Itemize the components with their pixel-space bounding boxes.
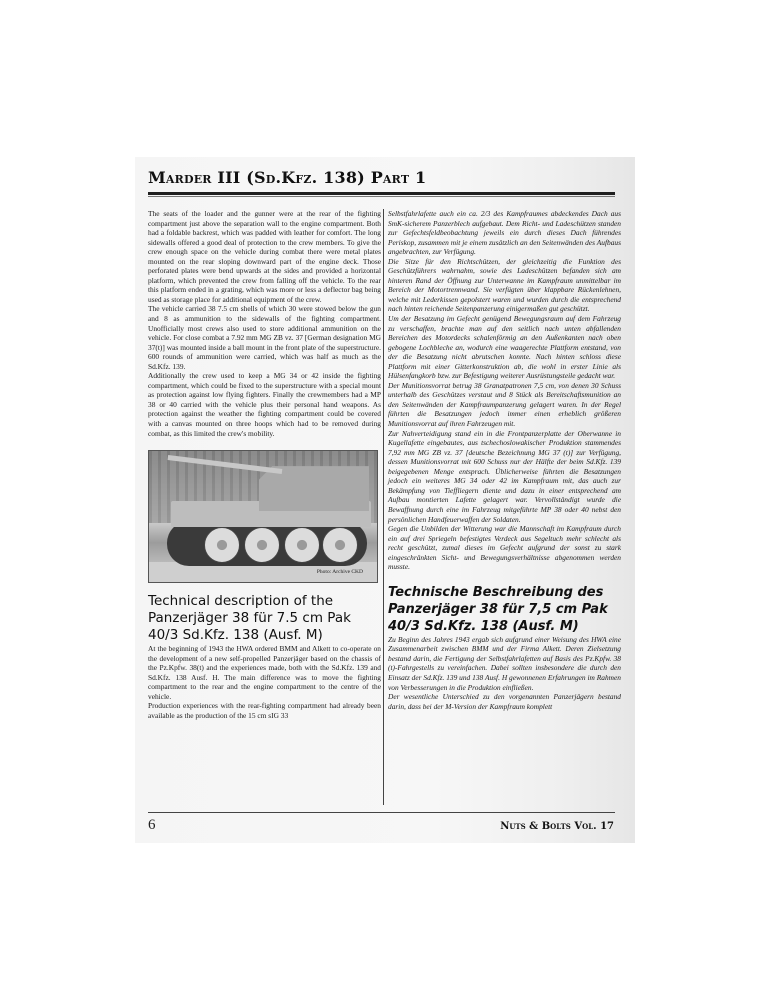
english-column: The seats of the loader and the gunner w… <box>148 209 381 721</box>
photo-road-wheel <box>204 527 240 563</box>
paragraph: The seats of the loader and the gunner w… <box>148 209 381 304</box>
paragraph: The vehicle carried 38 7.5 cm shells of … <box>148 304 381 371</box>
paragraph: Die Sitze für den Richtschützen, der gle… <box>388 257 621 314</box>
paragraph: Gegen die Unbilden der Witterung war die… <box>388 524 621 572</box>
tank-photo: Photo: Archive CKD <box>148 450 378 583</box>
paragraph: Selbstfahrlafette auch ein ca. 2/3 des K… <box>388 209 621 257</box>
section-title-german: Technische Beschreibung des Panzerjäger … <box>388 584 621 635</box>
footer-rule <box>148 812 615 813</box>
paragraph: Additionally the crew used to keep a MG … <box>148 371 381 438</box>
paragraph: Der Munitionsvorrat betrug 38 Granatpatr… <box>388 381 621 429</box>
photo-road-wheel <box>322 527 358 563</box>
paragraph: Zur Nahverteidigung stand ein in die Fro… <box>388 429 621 524</box>
magazine-title: Nuts & Bolts Vol. 17 <box>500 821 614 832</box>
paragraph: Zu Beginn des Jahres 1943 ergab sich auf… <box>388 635 621 692</box>
column-divider <box>383 209 384 805</box>
photo-road-wheel <box>284 527 320 563</box>
paragraph: Production experiences with the rear-fig… <box>148 701 381 720</box>
page-number: 6 <box>148 817 156 834</box>
header-rule-thin <box>148 196 615 197</box>
running-title: Marder III (Sd.Kfz. 138) Part 1 <box>148 168 426 187</box>
photo-credit: Photo: Archive CKD <box>317 568 363 578</box>
german-column: Selbstfahrlafette auch ein ca. 2/3 des K… <box>388 209 621 711</box>
section-title-english: Technical description of the Panzerjäger… <box>148 593 381 644</box>
header-rule <box>148 192 615 195</box>
paragraph: Um der Besatzung im Gefecht genügend Bew… <box>388 314 621 381</box>
paragraph: Der wesentliche Unterschied zu den vorge… <box>388 692 621 711</box>
magazine-page: Marder III (Sd.Kfz. 138) Part 1 The seat… <box>135 157 635 843</box>
paragraph: At the beginning of 1943 the HWA ordered… <box>148 644 381 701</box>
photo-road-wheel <box>244 527 280 563</box>
